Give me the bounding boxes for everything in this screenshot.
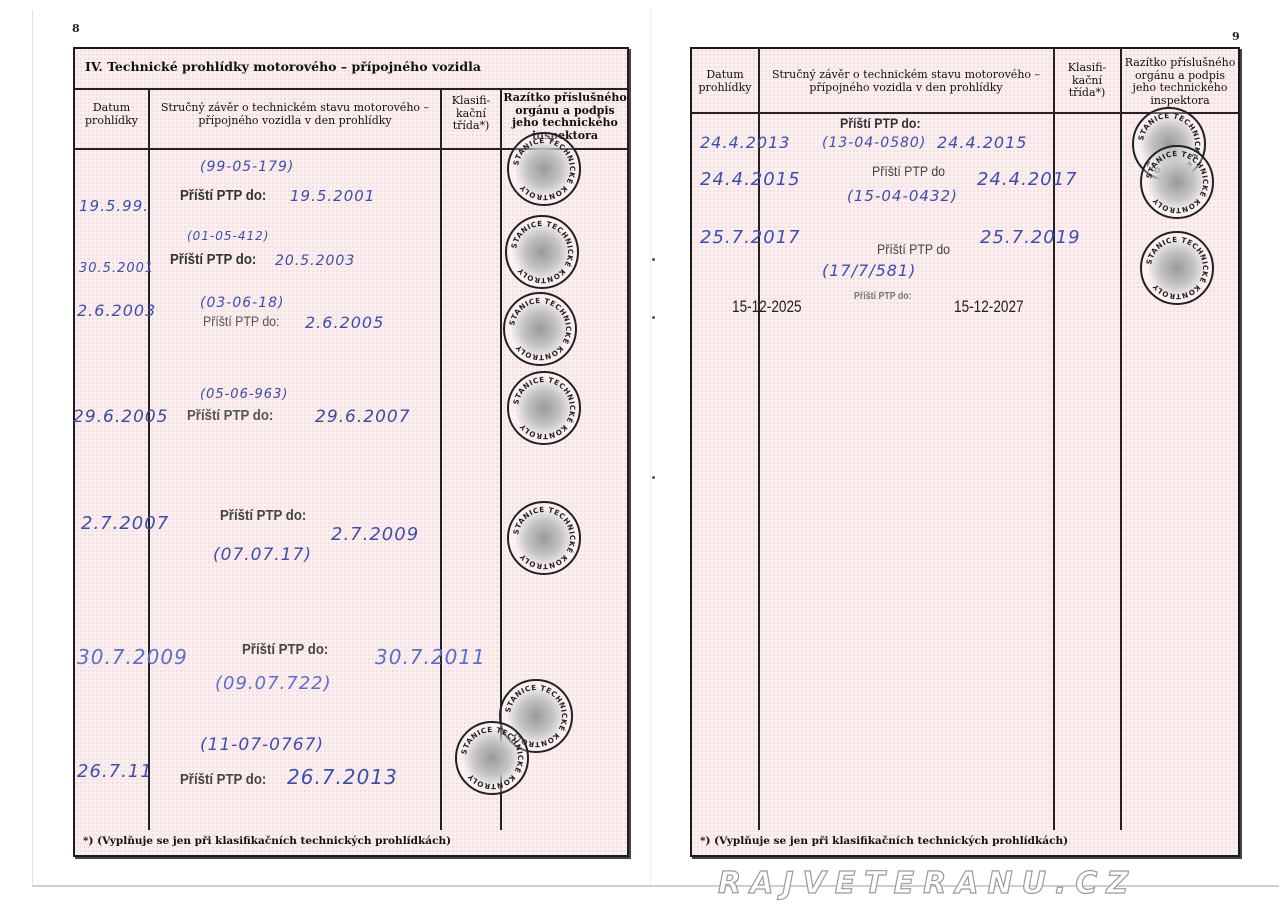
divider	[75, 88, 627, 90]
next-inspection-date: 24.4.2017	[977, 169, 1078, 190]
next-inspection-date: 2.6.2005	[305, 313, 384, 332]
footnote: *) (Vyplňuje se jen při klasifikačních t…	[83, 835, 451, 847]
page-gutter	[650, 10, 651, 885]
header-summary: Stručný závěr o technickém stavu motorov…	[764, 69, 1048, 94]
next-inspection-label: Příští PTP do	[872, 163, 945, 179]
entry-protocol: (11-07-0767)	[200, 735, 324, 755]
next-inspection-label: Příští PTP do:	[187, 407, 273, 424]
entry-protocol: (15-04-0432)	[847, 187, 958, 205]
entry-protocol: (17/7/581)	[822, 261, 916, 280]
section-title: IV. Technické prohlídky motorového – pří…	[85, 59, 481, 74]
entry-date: 29.6.2005	[73, 407, 169, 427]
entry-date: 24.4.2013	[700, 133, 790, 152]
next-inspection-label: Příští PTP do:	[242, 641, 328, 658]
svg-text:STANICE TECHNICKÉ KONTROLY: STANICE TECHNICKÉ KONTROLY	[511, 505, 577, 571]
next-inspection-date: 25.7.2019	[980, 227, 1081, 248]
next-inspection-label: Příští PTP do	[877, 241, 950, 257]
stamp-ring: STANICE TECHNICKÉ KONTROLY	[509, 503, 579, 573]
entry-date: 24.4.2015	[700, 169, 801, 190]
next-inspection-label: Příští PTP do:	[180, 187, 266, 204]
stamp-ring: STANICE TECHNICKÉ KONTROLY	[1142, 147, 1212, 217]
binding-dot	[652, 316, 655, 319]
entry-protocol: (99-05-179)	[200, 159, 294, 175]
next-inspection-label: Příští PTP do:	[170, 251, 256, 268]
svg-text:STANICE TECHNICKÉ KONTROLY: STANICE TECHNICKÉ KONTROLY	[1144, 235, 1210, 301]
entry-date: 30.5.2001	[79, 261, 154, 276]
inspection-stamp: STANICE TECHNICKÉ KONTROLY	[1140, 231, 1214, 305]
header-date: Datum prohlídky	[75, 102, 148, 127]
svg-text:STANICE TECHNICKÉ KONTROLY: STANICE TECHNICKÉ KONTROLY	[511, 136, 577, 202]
entry-date: 15-12-2025	[732, 297, 802, 317]
column-divider	[1120, 49, 1122, 830]
column-divider	[758, 49, 760, 830]
next-inspection-date: 29.6.2007	[315, 407, 411, 427]
page-number-right: 9	[1232, 30, 1240, 43]
inspection-stamp: STANICE TECHNICKÉ KONTROLY	[505, 215, 579, 289]
inspection-stamp: STANICE TECHNICKÉ KONTROLY	[507, 371, 581, 445]
entry-protocol: (09.07.722)	[215, 673, 332, 694]
entry-protocol: (13-04-0580)	[822, 135, 926, 151]
column-divider	[440, 90, 442, 830]
header-date: Datum prohlídky	[692, 69, 758, 94]
entry-date: 19.5.99.	[79, 197, 149, 215]
entry-date: 26.7.11	[77, 761, 153, 782]
page-number-left: 8	[72, 22, 80, 35]
svg-text:STANICE TECHNICKÉ KONTROLY: STANICE TECHNICKÉ KONTROLY	[459, 725, 525, 791]
header-class: Klasifi-kační třída*)	[442, 95, 500, 133]
column-divider	[1053, 49, 1055, 830]
svg-text:STANICE TECHNICKÉ KONTROLY: STANICE TECHNICKÉ KONTROLY	[509, 219, 575, 285]
svg-text:STANICE TECHNICKÉ KONTROLY: STANICE TECHNICKÉ KONTROLY	[1144, 149, 1210, 215]
header-class: Klasifi-kační třída*)	[1054, 62, 1120, 100]
next-inspection-label: Příští PTP do:	[180, 771, 266, 788]
header-summary: Stručný závěr o technickém stavu motorov…	[155, 102, 435, 127]
binding-dot	[652, 476, 655, 479]
stamp-ring: STANICE TECHNICKÉ KONTROLY	[505, 294, 575, 364]
svg-text:STANICE TECHNICKÉ KONTROLY: STANICE TECHNICKÉ KONTROLY	[511, 375, 577, 441]
next-inspection-date: 2.7.2009	[331, 524, 419, 545]
inspection-stamp: STANICE TECHNICKÉ KONTROLY	[1140, 145, 1214, 219]
entry-date: 2.6.2003	[77, 301, 156, 320]
binding-dot	[652, 258, 655, 261]
next-inspection-label: Příští PTP do:	[203, 313, 279, 329]
svg-text:STANICE TECHNICKÉ KONTROLY: STANICE TECHNICKÉ KONTROLY	[507, 296, 573, 362]
inspection-stamp: STANICE TECHNICKÉ KONTROLY	[507, 501, 581, 575]
next-inspection-date: 15-12-2027	[954, 297, 1024, 317]
next-inspection-date: 24.4.2015	[937, 133, 1027, 152]
next-inspection-label: Příští PTP do:	[220, 507, 306, 524]
stamp-ring: STANICE TECHNICKÉ KONTROLY	[1142, 233, 1212, 303]
stamp-ring: STANICE TECHNICKÉ KONTROLY	[509, 373, 579, 443]
next-inspection-label: Příští PTP do:	[840, 115, 921, 131]
entry-protocol: (07.07.17)	[213, 545, 312, 565]
entry-protocol: (03-06-18)	[200, 295, 284, 311]
entry-protocol: (01-05-412)	[187, 229, 269, 243]
stamp-ring: STANICE TECHNICKÉ KONTROLY	[457, 723, 527, 793]
next-inspection-label: Příští PTP do:	[854, 291, 912, 302]
entry-protocol: (05-06-963)	[200, 387, 288, 402]
next-inspection-date: 20.5.2003	[275, 253, 355, 269]
inspection-stamp: STANICE TECHNICKÉ KONTROLY	[507, 132, 581, 206]
inspection-stamp: STANICE TECHNICKÉ KONTROLY	[455, 721, 529, 795]
entry-date: 25.7.2017	[700, 227, 801, 248]
inspection-table-right: Datum prohlídky Stručný závěr o technick…	[690, 47, 1240, 857]
next-inspection-date: 26.7.2013	[287, 765, 398, 789]
watermark: RAJVETERANU.CZ	[718, 866, 1137, 901]
inspection-stamp: STANICE TECHNICKÉ KONTROLY	[503, 292, 577, 366]
inspection-table-left: IV. Technické prohlídky motorového – pří…	[73, 47, 629, 857]
footnote: *) (Vyplňuje se jen při klasifikačních t…	[700, 835, 1068, 847]
entry-date: 2.7.2007	[81, 513, 169, 534]
stamp-ring: STANICE TECHNICKÉ KONTROLY	[507, 217, 577, 287]
entry-date: 30.7.2009	[77, 645, 188, 669]
header-stamp: Razítko příslušného orgánu a podpis jeho…	[1122, 57, 1238, 107]
stamp-ring: STANICE TECHNICKÉ KONTROLY	[509, 134, 579, 204]
next-inspection-date: 30.7.2011	[375, 645, 486, 669]
next-inspection-date: 19.5.2001	[290, 187, 375, 205]
